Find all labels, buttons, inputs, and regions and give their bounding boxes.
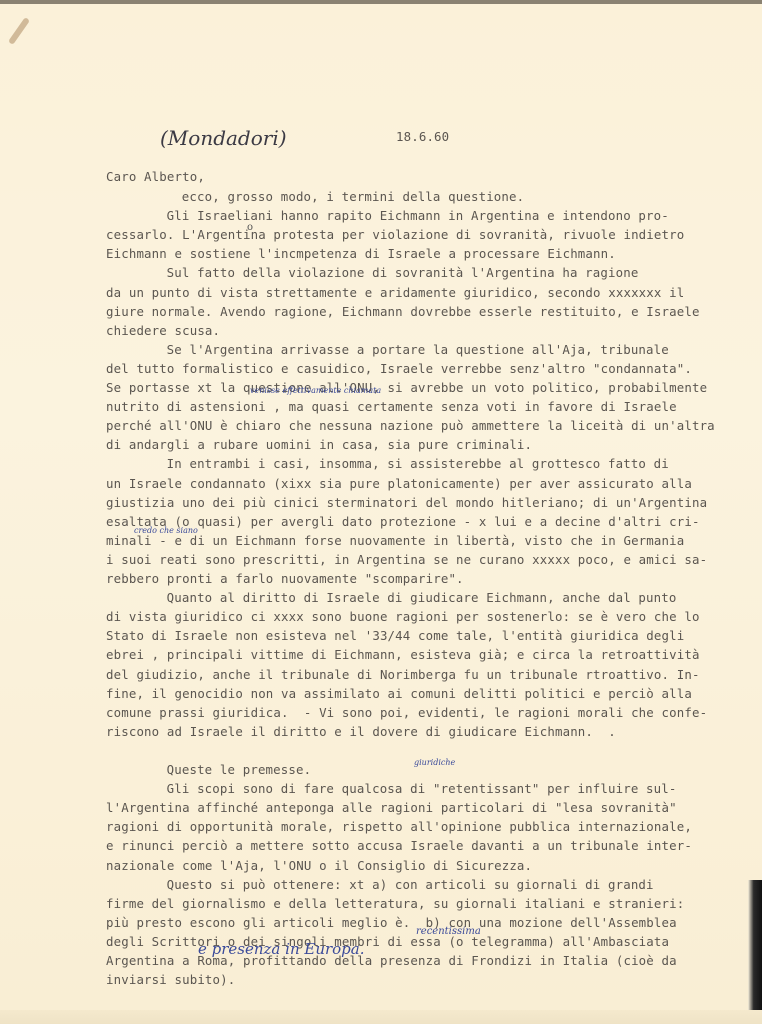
- letter-line: un Israele condannato (xixx sia pure pla…: [106, 474, 692, 493]
- annotation-reati-insert: credo che siano: [134, 526, 198, 535]
- letter-line: Sul fatto della violazione di sovranità …: [167, 263, 639, 282]
- letter-line: nazionale come l'Aja, l'ONU o il Consigl…: [106, 856, 532, 875]
- letter-line: l'Argentina affinché anteponga alle ragi…: [106, 798, 677, 817]
- salutation: Caro Alberto,: [106, 167, 205, 186]
- letter-line: Se l'Argentina arrivasse a portare la qu…: [167, 340, 669, 359]
- annotation-closing-insert: e presenza in Europa.: [198, 940, 365, 958]
- letter-line: ragioni di opportunità morale, rispetto …: [106, 817, 692, 836]
- letter-line: firme del giornalismo e della letteratur…: [106, 894, 684, 913]
- letter-line: i suoi reati sono prescritti, in Argenti…: [106, 550, 707, 569]
- letter-line: chiedere scusa.: [106, 321, 220, 340]
- letter-line: da un punto di vista strettamente e arid…: [106, 283, 684, 302]
- annotation-presenza-insert: recentissima: [416, 926, 481, 937]
- letter-line: Questo si può ottenere: xt a) con artico…: [167, 875, 654, 894]
- letter-line: Stato di Israele non esisteva nel '33/44…: [106, 626, 684, 645]
- letter-line: Argentina a Roma, profittando della pres…: [106, 951, 677, 970]
- letter-line: In entrambi i casi, insomma, si assister…: [167, 454, 669, 473]
- annotation-onu-insert: venisse effettivamente chiamata: [250, 386, 381, 395]
- letter-line: ecco, grosso modo, i termini della quest…: [182, 187, 524, 206]
- letter-line: degli Scrittori o dei singoli membri di …: [106, 932, 669, 951]
- letter-line: del tutto formalistico e casuidico, Isra…: [106, 359, 692, 378]
- letter-line: Eichmann e sostiene l'incmpetenza di Isr…: [106, 244, 616, 263]
- letter-line: giure normale. Avendo ragione, Eichmann …: [106, 302, 700, 321]
- letter-line: del giudizio, anche il tribunale di Nori…: [106, 665, 700, 684]
- letter-line: riscono ad Israele il diritto e il dover…: [106, 722, 616, 741]
- letter-line: Queste le premesse.: [167, 760, 312, 779]
- annotation-particolari-insert: giuridiche: [414, 758, 455, 767]
- letter-line: di vista giuridico ci xxxx sono buone ra…: [106, 607, 700, 626]
- letter-line: Se portasse xt la questione all'ONU, si …: [106, 378, 707, 397]
- letter-line: rebbero pronti a farlo nuovamente "scomp…: [106, 569, 464, 588]
- handwritten-header: (Mondadori): [160, 126, 287, 150]
- staple-mark: [8, 17, 30, 45]
- letter-line: Gli scopi sono di fare qualcosa di "rete…: [167, 779, 677, 798]
- letter-line: e rinunci perciò a mettere sotto accusa …: [106, 836, 692, 855]
- letter-line: comune prassi giuridica. - Vi sono poi, …: [106, 703, 707, 722]
- letter-line: di andargli a rubare uomini in casa, sia…: [106, 435, 532, 454]
- scan-right-edge: [748, 880, 762, 1024]
- letter-line: cessarlo. L'Argentina protesta per viola…: [106, 225, 684, 244]
- letter-line: ebrei , principali vittime di Eichmann, …: [106, 645, 700, 664]
- letter-line: Quanto al diritto di Israele di giudicar…: [167, 588, 677, 607]
- letter-date: 18.6.60: [396, 127, 449, 146]
- letter-line: Gli Israeliani hanno rapito Eichmann in …: [167, 206, 669, 225]
- letter-page: (Mondadori) 18.6.60 Caro Alberto, ecco, …: [0, 0, 762, 1024]
- letter-line: inviarsi subito).: [106, 970, 235, 989]
- letter-line: fine, il genocidio non va assimilato ai …: [106, 684, 692, 703]
- scan-bottom-edge: [0, 1010, 762, 1024]
- scan-top-edge: [0, 0, 762, 4]
- annotation-incompetenza: o: [247, 222, 253, 233]
- letter-line: giustizia uno dei più cinici sterminator…: [106, 493, 707, 512]
- letter-line: perché all'ONU è chiaro che nessuna nazi…: [106, 416, 715, 435]
- letter-line: nutrito di astensioni , ma quasi certame…: [106, 397, 677, 416]
- letter-line: più presto escono gli articoli meglio è.…: [106, 913, 677, 932]
